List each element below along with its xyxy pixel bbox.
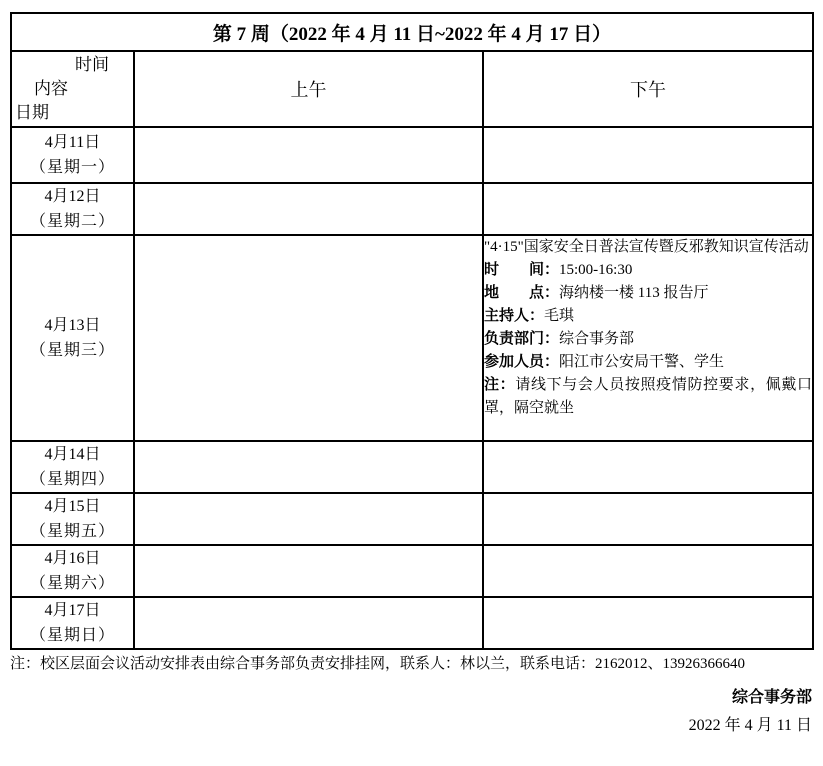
corner-label-time: 时间 — [12, 53, 133, 77]
signature-date: 2022 年 4 月 11 日 — [689, 712, 812, 735]
schedule-table: 第 7 周（2022 年 4 月 11 日~2022 年 4 月 17 日） 时… — [10, 12, 814, 650]
date-label: 4月13日 — [12, 313, 133, 338]
date-cell: 4月14日 （星期四） — [11, 441, 134, 493]
event-value: 毛琪 — [544, 308, 574, 324]
date-cell: 4月12日 （星期二） — [11, 183, 134, 235]
afternoon-cell — [483, 545, 813, 597]
afternoon-cell-event: "4·15"国家安全日普法宣传暨反邪教知识宣传活动 时 间：15:00-16:3… — [483, 235, 813, 441]
weekday-label: （星期五） — [12, 519, 133, 544]
event-label: 地 点： — [484, 285, 559, 301]
afternoon-cell — [483, 493, 813, 545]
morning-cell — [134, 597, 483, 649]
morning-cell — [134, 493, 483, 545]
weekday-label: （星期二） — [12, 209, 133, 234]
date-label: 4月17日 — [12, 598, 133, 623]
event-value: 阳江市公安局干警、学生 — [559, 354, 724, 370]
event-line-note: 注：请线下与会人员按照疫情防控要求，佩戴口罩，隔空就坐 — [484, 374, 812, 420]
date-label: 4月12日 — [12, 184, 133, 209]
weekday-label: （星期四） — [12, 467, 133, 492]
weekday-label: （星期日） — [12, 623, 133, 648]
event-value: 海纳楼一楼 113 报告厅 — [559, 285, 708, 301]
event-label: 负责部门： — [484, 331, 559, 347]
weekday-label: （星期三） — [12, 338, 133, 363]
event-value: 15:00-16:30 — [559, 262, 632, 278]
footer-note: 注：校区层面会议活动安排表由综合事务部负责安排挂网，联系人：林以兰，联系电话：2… — [10, 652, 810, 673]
afternoon-cell — [483, 597, 813, 649]
morning-cell — [134, 235, 483, 441]
event-value: 综合事务部 — [559, 331, 634, 347]
date-label: 4月14日 — [12, 442, 133, 467]
corner-cell: 时间 内容 日期 — [11, 51, 134, 127]
morning-cell — [134, 183, 483, 235]
afternoon-cell — [483, 127, 813, 183]
date-cell: 4月11日 （星期一） — [11, 127, 134, 183]
date-cell: 4月17日 （星期日） — [11, 597, 134, 649]
event-label: 注： — [484, 377, 515, 393]
column-header-afternoon: 下午 — [483, 51, 813, 127]
event-line-host: 主持人：毛琪 — [484, 305, 812, 328]
morning-cell — [134, 441, 483, 493]
event-line-time: 时 间：15:00-16:30 — [484, 259, 812, 282]
weekday-label: （星期一） — [12, 155, 133, 180]
afternoon-cell — [483, 441, 813, 493]
afternoon-cell — [483, 183, 813, 235]
week-title: 第 7 周（2022 年 4 月 11 日~2022 年 4 月 17 日） — [11, 13, 813, 51]
date-cell: 4月15日 （星期五） — [11, 493, 134, 545]
date-label: 4月15日 — [12, 494, 133, 519]
event-value: 请线下与会人员按照疫情防控要求，佩戴口罩，隔空就坐 — [484, 377, 812, 416]
date-label: 4月11日 — [12, 130, 133, 155]
column-header-morning: 上午 — [134, 51, 483, 127]
morning-cell — [134, 545, 483, 597]
event-label: 参加人员： — [484, 354, 559, 370]
event-title: "4·15"国家安全日普法宣传暨反邪教知识宣传活动 — [484, 236, 812, 259]
event-line-participants: 参加人员：阳江市公安局干警、学生 — [484, 351, 812, 374]
weekday-label: （星期六） — [12, 571, 133, 596]
event-line-location: 地 点：海纳楼一楼 113 报告厅 — [484, 282, 812, 305]
morning-cell — [134, 127, 483, 183]
date-cell: 4月13日 （星期三） — [11, 235, 134, 441]
document-page: 第 7 周（2022 年 4 月 11 日~2022 年 4 月 17 日） 时… — [0, 0, 823, 766]
date-label: 4月16日 — [12, 546, 133, 571]
signature-department: 综合事务部 — [732, 684, 812, 707]
event-label: 时 间： — [484, 262, 559, 278]
date-cell: 4月16日 （星期六） — [11, 545, 134, 597]
corner-label-content: 内容 — [12, 77, 133, 101]
corner-label-date: 日期 — [12, 101, 133, 125]
event-line-department: 负责部门：综合事务部 — [484, 328, 812, 351]
event-label: 主持人： — [484, 308, 544, 324]
